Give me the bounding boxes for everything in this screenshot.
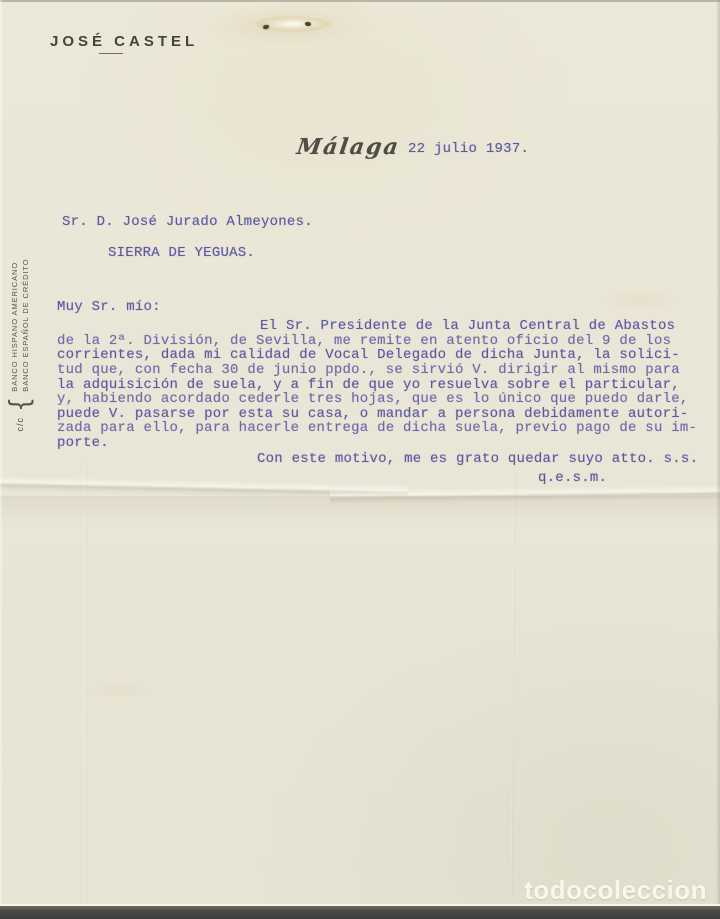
closing-abbreviation: q.e.s.m. (538, 470, 607, 486)
bank-brace: { (6, 397, 34, 412)
scan-bottom-edge (0, 906, 720, 919)
bank-names: BANCO HISPANO AMERICANO BANCO ESPAÑOL DE… (10, 259, 30, 392)
body-line: porte. (57, 436, 702, 451)
scan-right-edge (716, 0, 720, 919)
body-line: la adquisición de suela, y a fin de que … (57, 378, 702, 393)
letterhead-name: JOSÉ CASTEL (50, 33, 198, 50)
scan-left-edge (0, 0, 3, 919)
body-line: corrientes, dada mi calidad de Vocal Del… (57, 348, 702, 363)
body-line: tud que, con fecha 30 de junio ppdo., se… (57, 363, 702, 378)
body-line: El Sr. Presidente de la Junta Central de… (57, 319, 702, 334)
salutation: Muy Sr. mío: (57, 299, 161, 315)
fold-shadow (0, 496, 720, 526)
recipient-town: SIERRA DE YEGUAS. (108, 245, 255, 261)
bank-cc-prefix: c/c (15, 417, 25, 432)
body-line: zada para ello, para hacerle entrega de … (57, 421, 702, 436)
vertical-crease-left (86, 462, 88, 919)
closing-phrase: Con este motivo, me es grato quedar suyo… (257, 451, 698, 467)
scan-top-edge (0, 0, 720, 2)
letter-body: El Sr. Presidente de la Junta Central de… (57, 319, 702, 451)
dateline-date: 22 julio 1937. (408, 141, 529, 157)
watermark: todocoleccion (524, 875, 707, 906)
bank-account-side-note: c/c { BANCO HISPANO AMERICANO BANCO ESPA… (2, 254, 38, 436)
body-line: y, habiendo acordado cederle tres hojas,… (57, 392, 702, 407)
bank-name-2: BANCO ESPAÑOL DE CRÉDITO (21, 259, 30, 392)
letterhead-underline (99, 53, 123, 54)
body-line: de la 2ª. División, de Sevilla, me remit… (57, 334, 702, 349)
dateline-city: Málaga (295, 134, 402, 160)
bank-name-1: BANCO HISPANO AMERICANO (10, 259, 19, 392)
recipient-name: Sr. D. José Jurado Almeyones. (62, 214, 313, 230)
